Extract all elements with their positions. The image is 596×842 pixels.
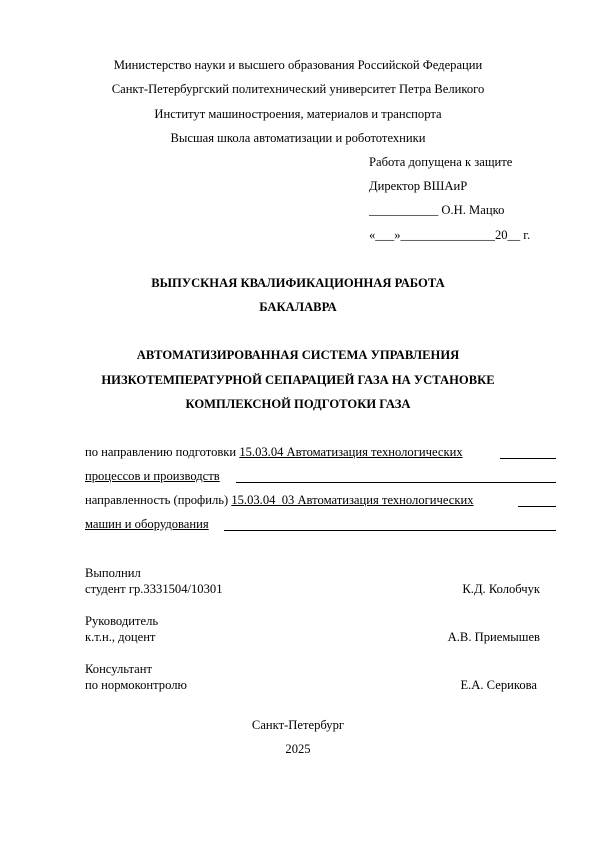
profile-label: направленность (профиль) <box>85 493 228 507</box>
signatory-name-student: К.Д. Колобчук <box>340 581 540 597</box>
ministry-line: Министерство науки и высшего образования… <box>0 57 596 73</box>
profile-fill-line <box>518 506 556 507</box>
school-line: Высшая школа автоматизации и робототехни… <box>0 130 596 146</box>
direction-fill-line2 <box>236 482 556 483</box>
work-type-line2: БАКАЛАВРА <box>0 299 596 315</box>
approval-director-title: Директор ВШАиР <box>369 178 467 194</box>
direction-value-cont: процессов и производств <box>85 469 220 483</box>
institute-line: Институт машиностроения, материалов и тр… <box>0 106 596 122</box>
work-type-line1: ВЫПУСКНАЯ КВАЛИФИКАЦИОННАЯ РАБОТА <box>0 275 596 291</box>
direction-value: 15.03.04 Автоматизация технологических <box>239 445 462 459</box>
profile-value: 15.03.04_03 Автоматизация технологически… <box>231 493 473 507</box>
direction-line2: процессов и производств <box>85 468 220 484</box>
signatory-name-consultant: Е.А. Серикова <box>340 677 537 693</box>
signatory-name-supervisor: А.В. Приемышев <box>340 629 540 645</box>
signatory-role-consultant: Консультант <box>85 661 152 677</box>
title-line2: НИЗКОТЕМПЕРАТУРНОЙ СЕПАРАЦИЕЙ ГАЗА НА УС… <box>0 372 596 388</box>
approval-date-line: «___»_______________20__ г. <box>369 227 530 243</box>
signature-blank: ___________ <box>369 203 438 217</box>
profile-value-cont: машин и оборудования <box>85 517 209 531</box>
director-name: О.Н. Мацко <box>441 203 504 217</box>
signatory-detail-supervisor: к.т.н., доцент <box>85 629 155 645</box>
title-line3: КОМПЛЕКСНОЙ ПОДГОТОКИ ГАЗА <box>0 396 596 412</box>
profile-line2: машин и оборудования <box>85 516 209 532</box>
footer-year: 2025 <box>0 741 596 757</box>
signatory-role-student: Выполнил <box>85 565 141 581</box>
profile-line1: направленность (профиль) 15.03.04_03 Авт… <box>85 492 474 508</box>
signatory-detail-student: студент гр.3331504/10301 <box>85 581 223 597</box>
signatory-role-supervisor: Руководитель <box>85 613 158 629</box>
direction-fill-line <box>500 458 556 459</box>
signatory-detail-consultant: по нормоконтролю <box>85 677 187 693</box>
title-line1: АВТОМАТИЗИРОВАННАЯ СИСТЕМА УПРАВЛЕНИЯ <box>0 347 596 363</box>
approval-signature-line: ___________ О.Н. Мацко <box>369 202 504 218</box>
direction-line1: по направлению подготовки 15.03.04 Автом… <box>85 444 463 460</box>
direction-label: по направлению подготовки <box>85 445 236 459</box>
university-line: Санкт-Петербургский политехнический унив… <box>0 81 596 97</box>
footer-city: Санкт-Петербург <box>0 717 596 733</box>
approval-admitted: Работа допущена к защите <box>369 154 512 170</box>
profile-fill-line2 <box>224 530 556 531</box>
